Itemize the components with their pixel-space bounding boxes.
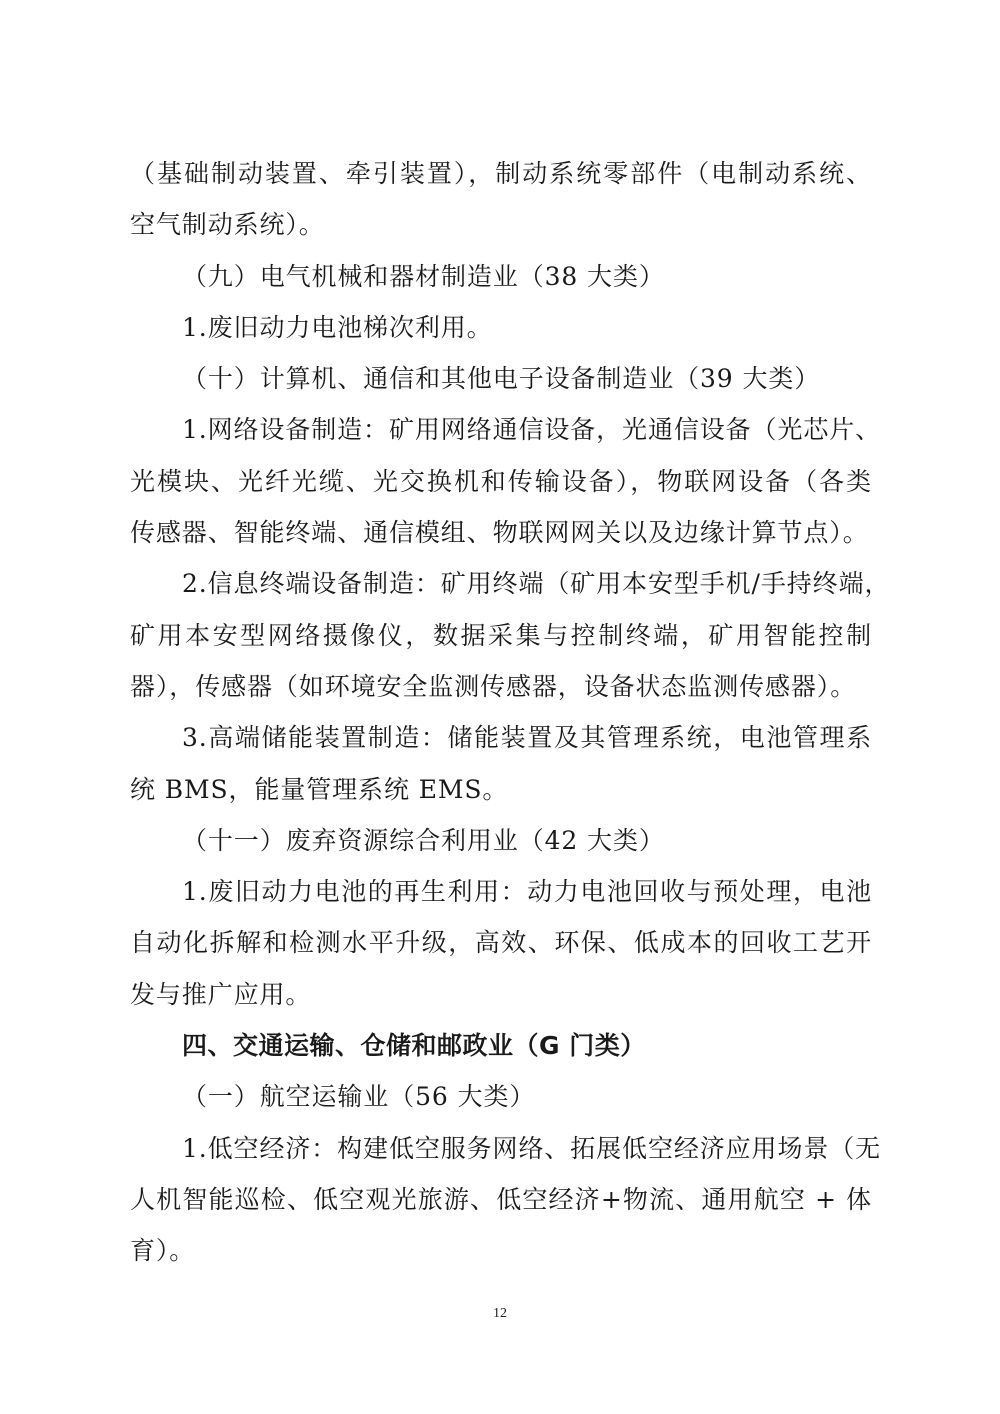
paragraph-line: 发与推广应用。 — [130, 973, 872, 1024]
paragraph-line: （基础制动装置、牵引装置），制动系统零部件（电制动系统、 — [130, 152, 872, 203]
chapter-heading-transport: 四、交通运输、仓储和邮政业（G 门类） — [130, 1024, 872, 1075]
paragraph-line: 育）。 — [130, 1229, 872, 1280]
paragraph-line: 人机智能巡检、低空观光旅游、低空经济+物流、通用航空 + 体 — [130, 1178, 872, 1229]
paragraph-line: 空气制动系统）。 — [130, 203, 872, 254]
document-body: （基础制动装置、牵引装置），制动系统零部件（电制动系统、 空气制动系统）。 （九… — [130, 152, 872, 1281]
list-item-battery-reuse: 1.废旧动力电池梯次利用。 — [130, 306, 872, 357]
paragraph-line: 器），传感器（如环境安全监测传感器，设备状态监测传感器）。 — [130, 665, 872, 716]
list-item-battery-recycling: 1.废旧动力电池的再生利用：动力电池回收与预处理，电池 — [130, 870, 872, 921]
list-item-energy-storage: 3.高端储能装置制造：储能装置及其管理系统，电池管理系 — [130, 716, 872, 767]
page-number: 12 — [0, 1306, 1000, 1322]
section-heading-air-transport: （一）航空运输业（56 大类） — [130, 1075, 872, 1126]
paragraph-line: 矿用本安型网络摄像仪，数据采集与控制终端，矿用智能控制 — [130, 614, 872, 665]
section-heading-computer: （十）计算机、通信和其他电子设备制造业（39 大类） — [130, 357, 872, 408]
section-heading-electrical: （九）电气机械和器材制造业（38 大类） — [130, 255, 872, 306]
paragraph-line: 光模块、光纤光缆、光交换机和传输设备），物联网设备（各类 — [130, 460, 872, 511]
section-heading-waste-resources: （十一）废弃资源综合利用业（42 大类） — [130, 819, 872, 870]
list-item-terminal-equipment: 2.信息终端设备制造：矿用终端（矿用本安型手机/手持终端， — [130, 562, 872, 613]
list-item-low-altitude-economy: 1.低空经济：构建低空服务网络、拓展低空经济应用场景（无 — [130, 1127, 872, 1178]
paragraph-line: 传感器、智能终端、通信模组、物联网网关以及边缘计算节点）。 — [130, 511, 872, 562]
paragraph-line: 统 BMS，能量管理系统 EMS。 — [130, 768, 872, 819]
list-item-network-equipment: 1.网络设备制造：矿用网络通信设备，光通信设备（光芯片、 — [130, 408, 872, 459]
paragraph-line: 自动化拆解和检测水平升级，高效、环保、低成本的回收工艺开 — [130, 921, 872, 972]
